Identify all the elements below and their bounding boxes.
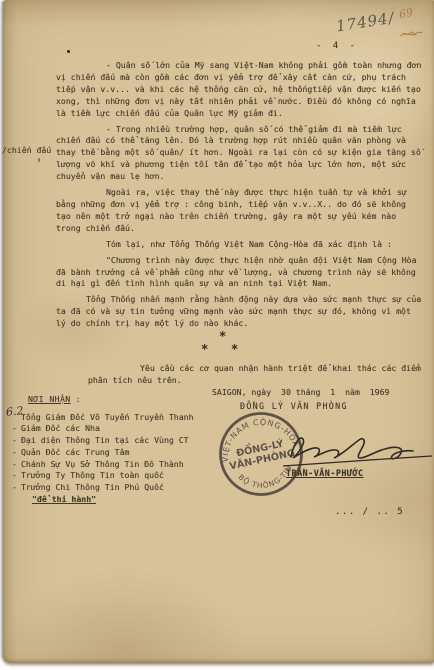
paragraph: - Trong nhiều trường hợp, quân số có thể…: [56, 124, 424, 184]
recipient-item: -Đại diện Thông Tin tại các Vùng CT: [12, 435, 194, 447]
continuation-mark: ... / .. 5: [335, 507, 404, 517]
handwritten-signature: [283, 427, 433, 472]
recipient-item: -Trưởng Ty Thông Tin toàn quốc: [12, 470, 194, 482]
recipient-item: Tổng Giám Đốc Vô Tuyến Truyền Thanh: [12, 412, 194, 424]
margin-insertion-note: /chiến đấu: [2, 145, 51, 155]
separator-asterisk: *: [219, 329, 226, 343]
handwritten-recipient-mark: 6.2: [5, 404, 24, 419]
separator-asterisk: *: [201, 342, 208, 356]
recipients-heading: NƠI NHẬN :: [28, 394, 194, 406]
recipient-item: -Giám Đốc các Nha: [12, 423, 194, 435]
recipient-item: -Chánh Sự Vụ Sở Thông Tin Đô Thành: [12, 459, 194, 471]
paragraph: Tóm lại, như Tổng Thống Việt Nam Cộng-Hò…: [56, 239, 424, 251]
recipient-item: -Trưởng Chi Thông Tin Phú Quốc: [12, 482, 194, 494]
ink-speck: [38, 158, 40, 162]
document-body: - Quân số lớn của Mỹ sang Việt-Nam không…: [56, 60, 424, 334]
ink-speck: [67, 50, 70, 53]
closing-paragraph: Yêu cầu các cơ quan nhận hành triệt để k…: [88, 363, 428, 387]
paragraph: - Quân số lớn của Mỹ sang Việt-Nam không…: [56, 60, 424, 120]
recipients-block: NƠI NHẬN : Tổng Giám Đốc Vô Tuyến Truyền…: [12, 394, 194, 505]
recipients-heading-label: NƠI NHẬN: [28, 394, 71, 404]
paragraph-quote: "Chương trình này được thực hiện nhờ quâ…: [56, 255, 424, 291]
scanned-document-page: 17494/ 69 - 4 - - Quân số lớn của Mỹ san…: [0, 0, 434, 670]
paragraph: Tổng Thống nhấn mạnh rằng hành động này …: [56, 294, 424, 330]
recipients-instruction: "để thi hành": [32, 494, 194, 506]
separator-asterisk: *: [231, 342, 238, 356]
page-number: - 4 -: [316, 41, 358, 51]
recipient-item: -Quản Đốc các Trung Tâm: [12, 447, 194, 459]
recipients-heading-colon: :: [71, 394, 81, 404]
dateline: SAIGON, ngày 30 tháng 1 năm 1969: [212, 387, 389, 397]
handwritten-initials-scribble: [399, 28, 423, 40]
paragraph: Ngoài ra, việc thay thế này được thực hi…: [56, 187, 424, 235]
signer-name: TRẦN-VĂN-PHƯỚC: [286, 468, 364, 478]
